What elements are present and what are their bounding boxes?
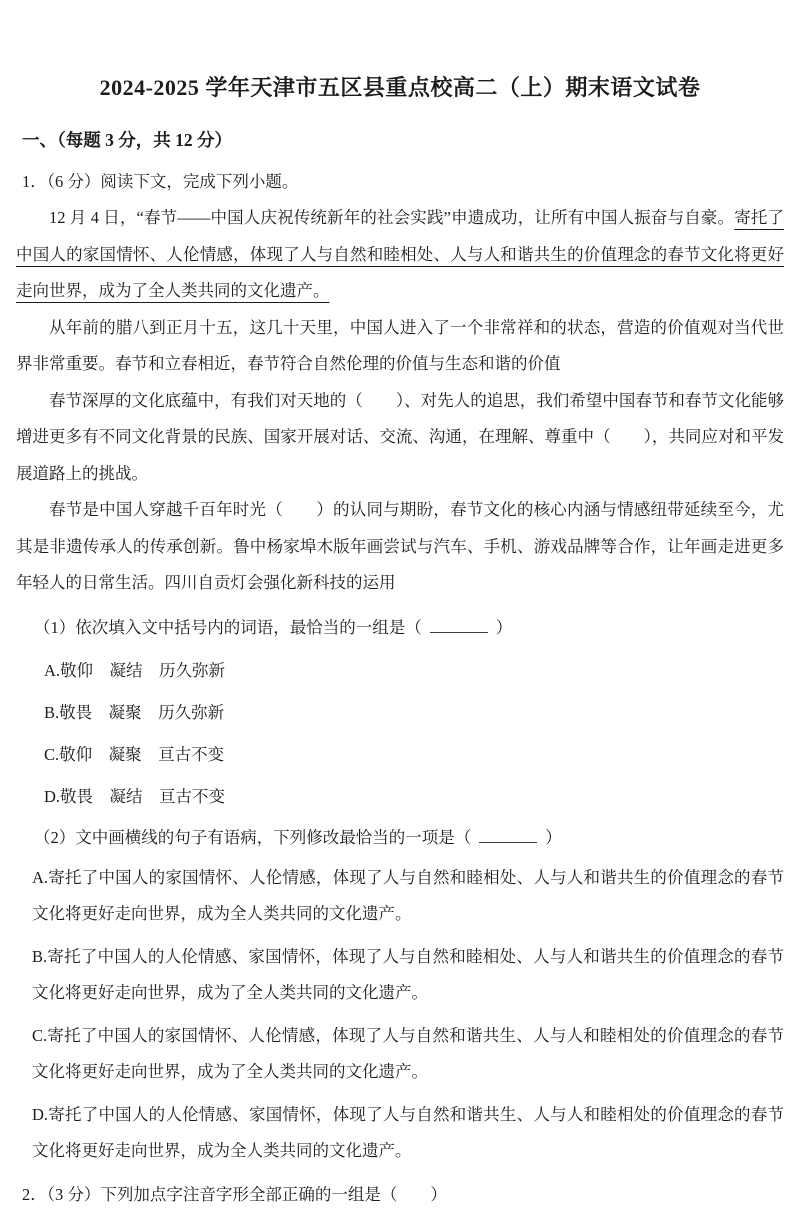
- passage-paragraph-3: 春节深厚的文化底蕴中，有我们对天地的（ ）、对先人的追思，我们希望中国春节和春节…: [16, 383, 784, 493]
- option-a: A.敬仰 凝结 历久弥新: [16, 656, 784, 686]
- option-a: A.寄托了中国人的家国情怀、人伦情感，体现了人与自然和睦相处、人与人和谐共生的价…: [16, 860, 784, 933]
- sub-question-2-options: A.寄托了中国人的家国情怀、人伦情感，体现了人与自然和睦相处、人与人和谐共生的价…: [16, 860, 784, 1170]
- question-2-heading: 2．（3 分）下列加点字注音字形全部正确的一组是（ ）: [16, 1180, 784, 1210]
- page-title: 2024-2025 学年天津市五区县重点校高二（上）期末语文试卷: [16, 0, 784, 102]
- answer-blank: [430, 619, 488, 633]
- option-b: B.敬畏 凝聚 历久弥新: [16, 698, 784, 728]
- sub-question-1-stem-close: ）: [496, 618, 513, 637]
- answer-blank: [479, 829, 537, 843]
- option-b: B.寄托了中国人的人伦情感、家国情怀，体现了人与自然和睦相处、人与人和谐共生的价…: [16, 939, 784, 1012]
- passage-paragraph-1: 12 月 4 日，“春节——中国人庆祝传统新年的社会实践”申遗成功，让所有中国人…: [16, 200, 784, 310]
- option-d: D.敬畏 凝结 亘古不变: [16, 782, 784, 812]
- question-1-heading: 1．（6 分）阅读下文，完成下列小题。: [16, 170, 784, 194]
- sub-question-1-stem-text: （1）依次填入文中括号内的词语，最恰当的一组是（: [34, 618, 422, 637]
- passage-paragraph-4: 春节是中国人穿越千百年时光（ ）的认同与期盼，春节文化的核心内涵与情感纽带延续至…: [16, 492, 784, 602]
- section-one-heading: 一、（每题 3 分，共 12 分）: [16, 128, 784, 152]
- sub-question-2-stem: （2）文中画横线的句子有语病，下列修改最恰当的一项是（）: [16, 822, 784, 854]
- passage-paragraph-1-text: 12 月 4 日，“春节——中国人庆祝传统新年的社会实践”申遗成功，让所有中国人…: [49, 208, 734, 227]
- sub-question-1-options: A.敬仰 凝结 历久弥新 B.敬畏 凝聚 历久弥新 C.敬仰 凝聚 亘古不变 D…: [16, 656, 784, 812]
- option-c: C.敬仰 凝聚 亘古不变: [16, 740, 784, 770]
- sub-question-2-stem-text: （2）文中画横线的句子有语病，下列修改最恰当的一项是（: [34, 828, 471, 847]
- sub-question-2-stem-close: ）: [545, 828, 562, 847]
- option-c: C.寄托了中国人的家国情怀、人伦情感，体现了人与自然和谐共生、人与人和睦相处的价…: [16, 1018, 784, 1091]
- passage-paragraph-2: 从年前的腊八到正月十五，这几十天里，中国人进入了一个非常祥和的状态，营造的价值观…: [16, 310, 784, 383]
- sub-question-1-stem: （1）依次填入文中括号内的词语，最恰当的一组是（）: [16, 612, 784, 644]
- exam-paper-page: 2024-2025 学年天津市五区县重点校高二（上）期末语文试卷 一、（每题 3…: [0, 0, 800, 1221]
- option-d: D.寄托了中国人的人伦情感、家国情怀，体现了人与自然和谐共生、人与人和睦相处的价…: [16, 1097, 784, 1170]
